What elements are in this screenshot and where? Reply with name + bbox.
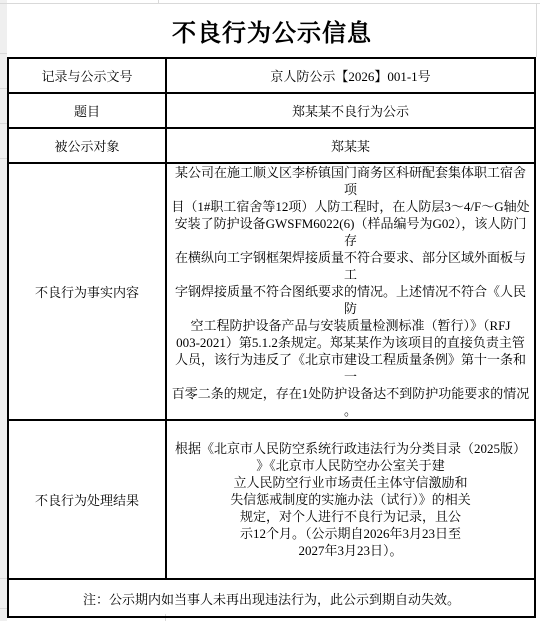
- facts-label: 不良行为事实内容: [8, 163, 166, 420]
- result-value: 根据《北京市人民防空系统行政违法行为分类目录（2025版） 》《北京市人民防空办…: [166, 420, 535, 579]
- gridline-right-of-title: [536, 3, 537, 57]
- note-cell: 注：公示期内如当事人未再出现违法行为，此公示到期自动失效。: [8, 579, 535, 617]
- gridline-margin-6: [0, 608, 7, 609]
- gridline-margin-3: [0, 123, 7, 124]
- subject-title-label: 题目: [8, 93, 166, 128]
- facts-value: 某公司在施工顺义区李桥镇国门商务区科研配套集体职工宿舍项 目（1#职工宿舍等12…: [166, 163, 535, 420]
- disclosure-table: 记录与公示文号 京人防公示【2026】001-1号 题目 郑某某不良行为公示 被…: [7, 57, 536, 618]
- page-title: 不良行为公示信息: [8, 4, 536, 56]
- table-row: 记录与公示文号 京人防公示【2026】001-1号: [8, 58, 535, 93]
- gridline-column-tick-top: [158, 0, 159, 3]
- table-row: 注：公示期内如当事人未再出现违法行为，此公示到期自动失效。: [8, 579, 535, 617]
- subject-title-value: 郑某某不良行为公示: [166, 93, 535, 128]
- table-row: 不良行为处理结果 根据《北京市人民防空系统行政违法行为分类目录（2025版） 》…: [8, 420, 535, 579]
- table-row: 被公示对象 郑某某: [8, 128, 535, 163]
- record-number-label: 记录与公示文号: [8, 58, 166, 93]
- result-label: 不良行为处理结果: [8, 420, 166, 579]
- facts-text: 某公司在施工顺义区李桥镇国门商务区科研配套集体职工宿舍项 目（1#职工宿舍等12…: [169, 164, 532, 419]
- gridline-margin-1: [0, 53, 7, 54]
- sheet-margin-strip: [0, 0, 7, 621]
- record-number-value: 京人防公示【2026】001-1号: [166, 58, 535, 93]
- table-row: 题目 郑某某不良行为公示: [8, 93, 535, 128]
- gridline-margin-2: [0, 88, 7, 89]
- result-text: 根据《北京市人民防空系统行政违法行为分类目录（2025版） 》《北京市人民防空办…: [169, 440, 532, 559]
- table-row: 不良行为事实内容 某公司在施工顺义区李桥镇国门商务区科研配套集体职工宿舍项 目（…: [8, 163, 535, 420]
- gridline-margin-4: [0, 158, 7, 159]
- disclosed-party-value: 郑某某: [166, 128, 535, 163]
- disclosed-party-label: 被公示对象: [8, 128, 166, 163]
- gridline-margin-5: [0, 578, 7, 579]
- disclosure-document: { "page": { "title": "不良行为公示信息" }, "tabl…: [0, 0, 540, 621]
